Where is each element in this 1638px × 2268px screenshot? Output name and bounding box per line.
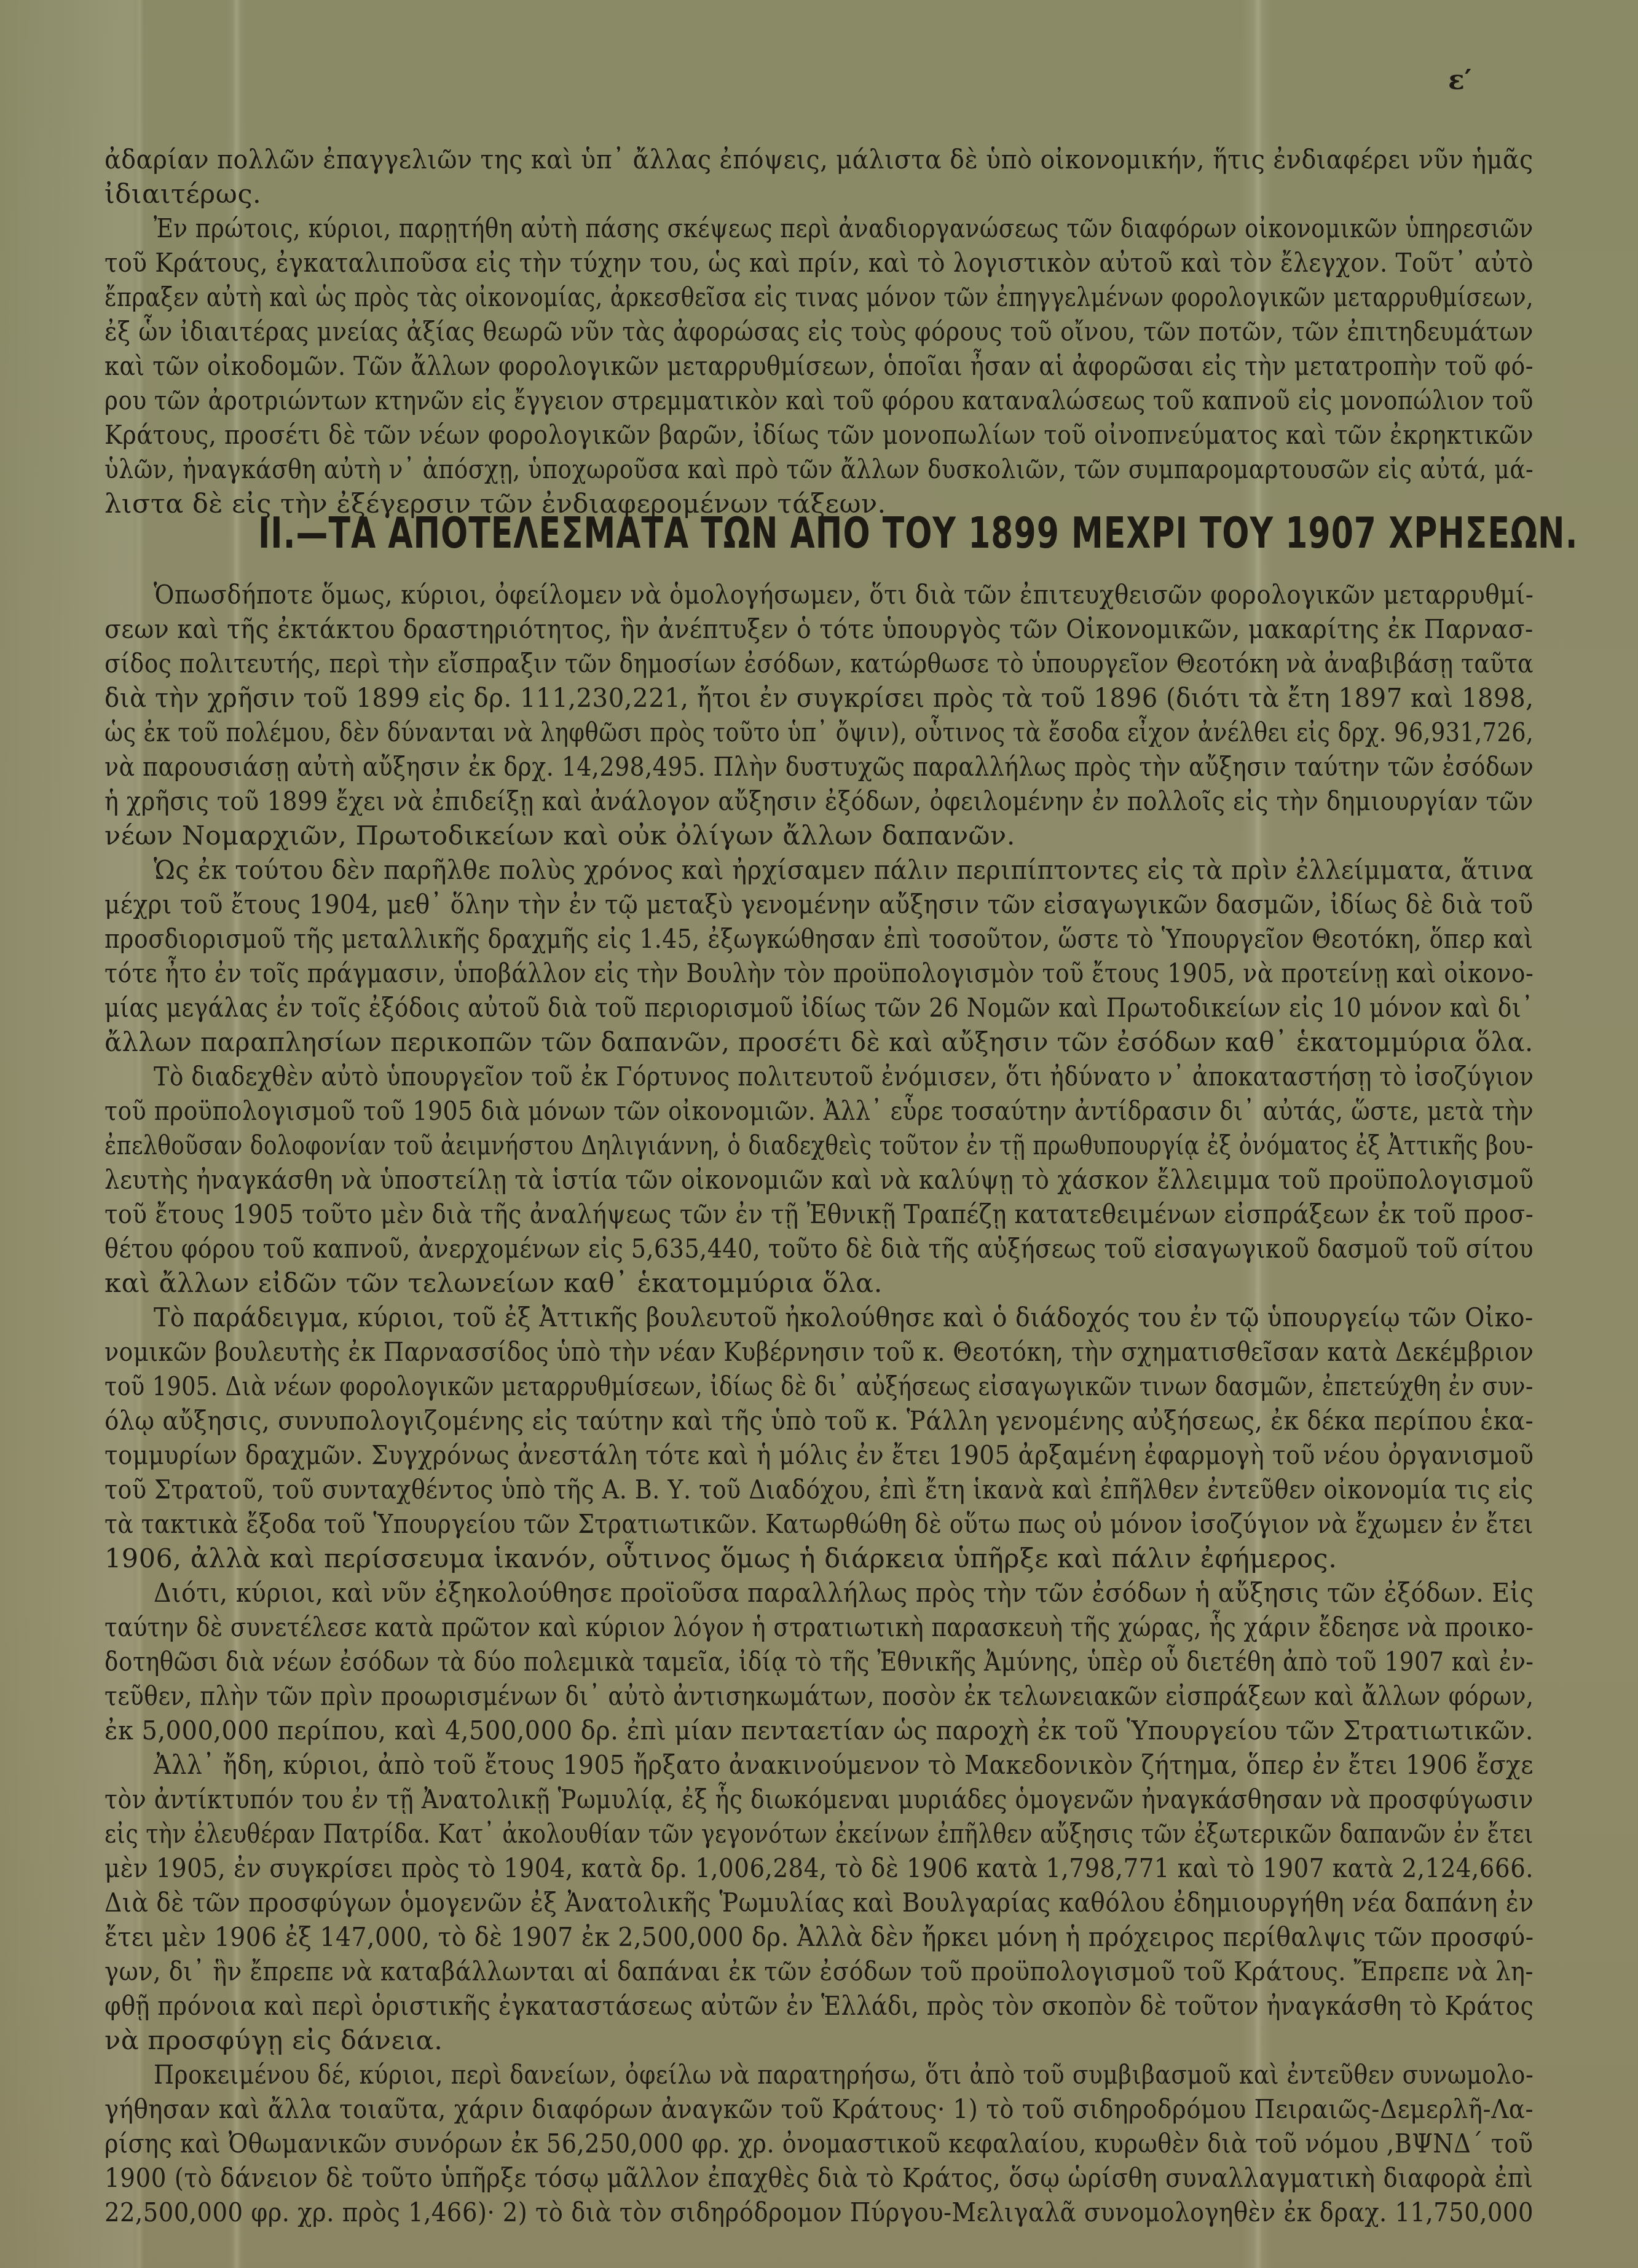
text-line: Κράτους, προσέτι δὲ τῶν νέων φορολογικῶν… [104,418,1534,452]
text-line: ἐπελθοῦσαν δολοφονίαν τοῦ ἀειμνήστου Δηλ… [104,1128,1534,1163]
text-line: νομικῶν βουλευτὴς ἐκ Παρνασσίδος ὑπὸ τὴν… [104,1335,1534,1369]
text-line: τοῦ Στρατοῦ, τοῦ συνταχθέντος ὑπὸ τῆς Α.… [104,1473,1534,1507]
text-line: διὰ τὴν χρῆσιν τοῦ 1899 εἰς δρ. 111,230,… [104,681,1534,715]
text-line: ἔπραξεν αὐτὴ καὶ ὡς πρὸς τὰς οἰκονομίας,… [104,280,1534,315]
text-line: τοῦ ἔτους 1905 τοῦτο μὲν διὰ τῆς ἀναλήψε… [104,1197,1534,1232]
text-line: τοῦ προϋπολογισμοῦ τοῦ 1905 διὰ μόνων τῶ… [104,1094,1534,1128]
text-line: προσδιορισμοῦ τῆς μεταλλικῆς δραχμῆς εἰς… [104,922,1534,956]
text-line: τομμυρίων δραχμῶν. Συγχρόνως ἀνεστάλη τό… [104,1438,1534,1473]
text-line: εἰς τὴν ἐλευθέραν Πατρίδα. Κατ᾽ ἀκολουθί… [104,1817,1534,1851]
text-line: μὲν 1905, ἐν συγκρίσει πρὸς τὸ 1904, κατ… [104,1851,1534,1886]
text-line: Διότι, κύριοι, καὶ νῦν ἐξηκολούθησε προϊ… [154,1576,1534,1610]
text-line: Τὸ παράδειγμα, κύριοι, τοῦ ἐξ Ἀττικῆς βο… [154,1301,1534,1335]
text-line: Ἐν πρώτοις, κύριοι, παρῃτήθη αὐτὴ πάσης … [154,211,1534,246]
text-line: τεῦθεν, πλὴν τῶν πρὶν προωρισμένων δι᾽ α… [104,1679,1534,1714]
text-line: ἐκ 5,000,000 περίπου, καὶ 4,500,000 δρ. … [104,1714,1534,1748]
text-line: μίας μεγάλας ἐν τοῖς ἐξόδοις αὐτοῦ διὰ τ… [104,991,1534,1025]
text-line: όλῳ αὔξησις, συνυπολογιζομένης εἰς ταύτη… [104,1404,1534,1438]
text-line: νὰ παρουσιάσῃ αὐτὴ αὔξησιν ἐκ δρχ. 14,29… [104,750,1534,784]
text-line: καὶ ἄλλων εἰδῶν τῶν τελωνείων καθ᾽ ἑκατο… [104,1266,1534,1301]
text-line: ρίσης καὶ Ὀθωμανικῶν συνόρων ἐκ 56,250,0… [104,2127,1534,2161]
text-line: λευτὴς ἠναγκάσθη νὰ ὑποστείλῃ τὰ ἱστία τ… [104,1163,1534,1197]
text-line: Ὁπωσδήποτε ὅμως, κύριοι, ὀφείλομεν νὰ ὁμ… [154,578,1534,612]
text-line: ἔτει μὲν 1906 ἐξ 147,000, τὸ δὲ 1907 ἐκ … [104,1920,1534,1955]
text-line: τοῦ 1905. Διὰ νέων φορολογικῶν μεταρρυθμ… [104,1369,1534,1404]
text-line: γων, δι᾽ ἣν ἔπρεπε νὰ καταβάλλωνται αἱ δ… [104,1955,1534,1989]
text-line: σεων καὶ τῆς ἐκτάκτου δραστηριότητος, ἣν… [104,612,1534,647]
text-line: 22,500,000 φρ. χρ. πρὸς 1,466)· 2) τὸ δι… [104,2195,1534,2230]
text-line: Διὰ δὲ τῶν προσφύγων ὁμογενῶν ἐξ Ἀνατολι… [104,1886,1534,1920]
text-line: τὸν ἀντίκτυπόν του ἐν τῇ Ἀνατολικῇ Ῥωμυλ… [104,1782,1534,1817]
text-line: θέτου φόρου τοῦ καπνοῦ, ἀνερχομένων εἰς … [104,1232,1534,1266]
page-number: ε′ [1448,65,1471,96]
text-line: 1900 (τὸ δάνειον δὲ τοῦτο ὑπῆρξε τόσῳ μᾶ… [104,2161,1534,2195]
text-line: δοτηθῶσι διὰ νέων ἐσόδων τὰ δύο πολεμικὰ… [104,1645,1534,1679]
text-line: ρου τῶν ἀροτριώντων κτηνῶν εἰς ἔγγειον σ… [104,384,1534,418]
text-line: Ἀλλ᾽ ἤδη, κύριοι, ἀπὸ τοῦ ἔτους 1905 ἤρξ… [154,1748,1534,1782]
text-line: τὰ τακτικὰ ἔξοδα τοῦ Ὑπουργείου τῶν Στρα… [104,1507,1534,1542]
text-line: 1906, ἀλλὰ καὶ περίσσευμα ἱκανόν, οὗτινο… [104,1542,1534,1576]
text-line: νὰ προσφύγῃ εἰς δάνεια. [104,2023,1534,2058]
text-line: γήθησαν καὶ ἄλλα τοιαῦτα, χάριν διαφόρων… [104,2092,1534,2127]
text-line: καὶ τῶν οἰκοδομῶν. Τῶν ἄλλων φορολογικῶν… [104,349,1534,384]
text-line: Προκειμένου δέ, κύριοι, περὶ δανείων, ὀφ… [154,2058,1534,2092]
text-line: ταύτην δὲ συνετέλεσε κατὰ πρῶτον καὶ κύρ… [104,1610,1534,1645]
text-line: ὡς ἐκ τοῦ πολέμου, δὲν δύνανται νὰ ληφθῶ… [104,715,1534,750]
text-line: ἡ χρῆσις τοῦ 1899 ἔχει νὰ ἐπιδείξῃ καὶ ἀ… [104,784,1534,819]
text-line: τοῦ Κράτους, ἐγκαταλιποῦσα εἰς τὴν τύχην… [104,246,1534,280]
text-line: ἀδαρίαν πολλῶν ἐπαγγελιῶν της καὶ ὑπ᾽ ἄλ… [104,143,1534,177]
text-line: ὑλῶν, ἠναγκάσθη αὐτὴ ν᾽ ἀπόσχῃ, ὑποχωροῦ… [104,452,1534,487]
text-line: ἰδιαιτέρως. [104,177,1534,211]
section-heading: II.—ΤΑ ΑΠΟΤΕΛΕΣΜΑΤΑ ΤΩΝ ΑΠΟ ΤΟΥ 1899 ΜΕΧ… [258,509,1578,559]
scanned-page: ε′ ἀδαρίαν πολλῶν ἐπαγγελιῶν της καὶ ὑπ᾽… [0,0,1638,2268]
text-line: ἄλλων παραπλησίων περικοπῶν τῶν δαπανῶν,… [104,1025,1534,1060]
text-line: Τὸ διαδεχθὲν αὐτὸ ὑπουργεῖον τοῦ ἐκ Γόρτ… [154,1060,1534,1094]
text-line: Ὡς ἐκ τούτου δὲν παρῆλθε πολὺς χρόνος κα… [154,853,1534,888]
text-line: σίδος πολιτευτής, περὶ τὴν εἴσπραξιν τῶν… [104,647,1534,681]
text-line: τότε ἦτο ἐν τοῖς πράγμασιν, ὑποβάλλον εἰ… [104,956,1534,991]
text-line: φθῇ πρόνοια καὶ περὶ ὁριστικῆς ἐγκαταστά… [104,1989,1534,2023]
text-line: μέχρι τοῦ ἔτους 1904, μεθ᾽ ὅλην τὴν ἐν τ… [104,888,1534,922]
text-line: νέων Νομαρχιῶν, Πρωτοδικείων καὶ οὐκ ὀλί… [104,819,1534,853]
text-line: ἐξ ὧν ἰδιαιτέρας μνείας ἀξίας θεωρῶ νῦν … [104,315,1534,349]
